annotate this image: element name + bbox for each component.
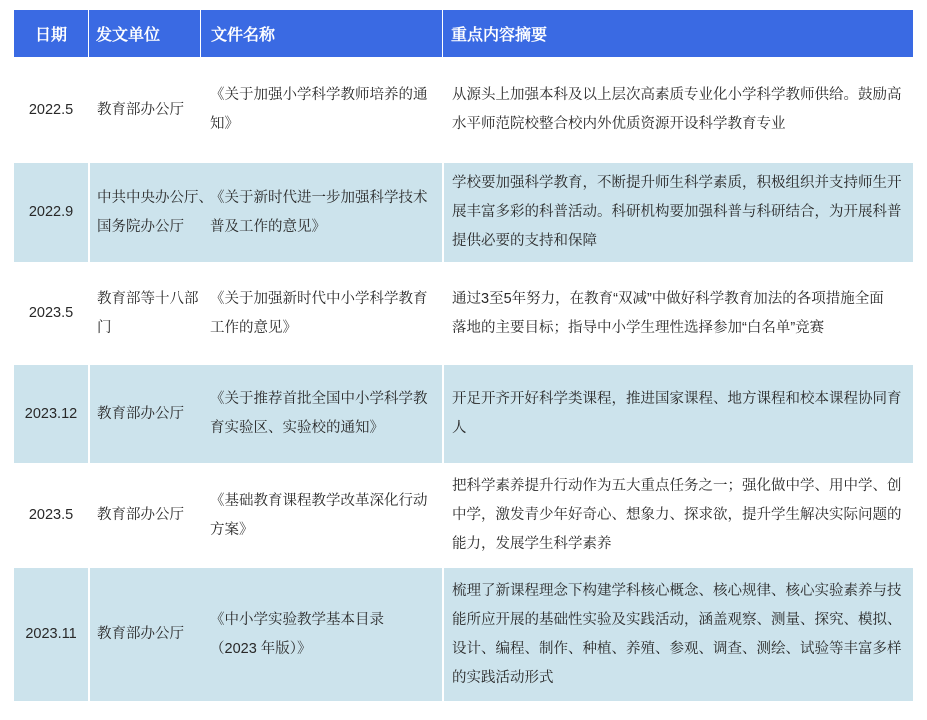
cell-summary: 从源头上加强本科及以上层次高素质专业化小学科学教师供给。鼓励高 水平师范院校整合…: [442, 57, 913, 163]
cell-date: 2023.5: [14, 262, 88, 365]
cell-title: 《关于加强新时代中小学科学教育 工作的意见》: [200, 262, 442, 365]
column-header-unit: 发文单位: [88, 10, 200, 57]
column-header-title: 文件名称: [200, 10, 442, 57]
table-row: 2023.11 教育部办公厅 《中小学实验教学基本目录 （2023 年版）》 梳…: [14, 568, 913, 701]
cell-date: 2022.9: [14, 163, 88, 262]
cell-unit: 教育部等十八部 门: [88, 262, 200, 365]
cell-title: 《关于加强小学科学教师培养的通 知》: [200, 57, 442, 163]
cell-unit: 中共中央办公厅、 国务院办公厅: [88, 163, 200, 262]
cell-title: 《关于推荐首批全国中小学科学教 育实验区、实验校的通知》: [200, 365, 442, 463]
cell-unit: 教育部办公厅: [88, 463, 200, 568]
cell-title: 《关于新时代进一步加强科学技术 普及工作的意见》: [200, 163, 442, 262]
cell-title: 《基础教育课程教学改革深化行动 方案》: [200, 463, 442, 568]
cell-date: 2023.5: [14, 463, 88, 568]
table-row: 2023.5 教育部等十八部 门 《关于加强新时代中小学科学教育 工作的意见》 …: [14, 262, 913, 365]
cell-title: 《中小学实验教学基本目录 （2023 年版）》: [200, 568, 442, 701]
cell-summary: 通过3至5年努力，在教育“双减”中做好科学教育加法的各项措施全面 落地的主要目标…: [442, 262, 913, 365]
table-row: 2022.5 教育部办公厅 《关于加强小学科学教师培养的通 知》 从源头上加强本…: [14, 57, 913, 163]
cell-date: 2023.11: [14, 568, 88, 701]
table-row: 2023.5 教育部办公厅 《基础教育课程教学改革深化行动 方案》 把科学素养提…: [14, 463, 913, 568]
cell-summary: 开足开齐开好科学类课程，推进国家课程、地方课程和校本课程协同育 人: [442, 365, 913, 463]
cell-unit: 教育部办公厅: [88, 57, 200, 163]
cell-date: 2023.12: [14, 365, 88, 463]
cell-summary: 梳理了新课程理念下构建学科核心概念、核心规律、核心实验素养与技 能所应开展的基础…: [442, 568, 913, 701]
cell-unit: 教育部办公厅: [88, 568, 200, 701]
column-header-date: 日期: [14, 10, 88, 57]
cell-summary: 学校要加强科学教育，不断提升师生科学素质，积极组织并支持师生开 展丰富多彩的科普…: [442, 163, 913, 262]
policy-documents-table: 日期 发文单位 文件名称 重点内容摘要 2022.5 教育部办公厅 《关于加强小…: [14, 10, 913, 701]
cell-date: 2022.5: [14, 57, 88, 163]
table-header-row: 日期 发文单位 文件名称 重点内容摘要: [14, 10, 913, 57]
cell-summary: 把科学素养提升行动作为五大重点任务之一；强化做中学、用中学、创 中学，激发青少年…: [442, 463, 913, 568]
cell-unit: 教育部办公厅: [88, 365, 200, 463]
table-row: 2022.9 中共中央办公厅、 国务院办公厅 《关于新时代进一步加强科学技术 普…: [14, 163, 913, 262]
column-header-summary: 重点内容摘要: [442, 10, 913, 57]
table-row: 2023.12 教育部办公厅 《关于推荐首批全国中小学科学教 育实验区、实验校的…: [14, 365, 913, 463]
